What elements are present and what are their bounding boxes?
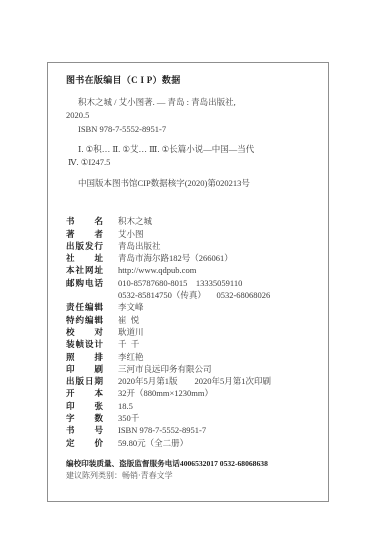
- info-value: 李红艳: [118, 352, 144, 362]
- info-value: 积木之城: [118, 216, 152, 226]
- info-value: 2020年5月第1版 2020年5月第1次印刷: [118, 376, 271, 386]
- info-row: 定价59.80元（全二册）: [66, 437, 320, 449]
- info-value: 59.80元（全二册）: [118, 438, 188, 448]
- info-label: 著者: [66, 228, 103, 240]
- info-row: 照排李红艳: [66, 351, 320, 363]
- copyright-page-frame: 图书在版编目（C I P）数据 积木之城 / 艾小图著. — 青岛 : 青岛出版…: [47, 62, 329, 502]
- cip-class-line2: Ⅳ. ①I247.5: [66, 156, 320, 168]
- info-value: 耿道川: [118, 327, 144, 337]
- info-row: 字数350千: [66, 412, 320, 424]
- info-value: http://www.qdpub.com: [118, 265, 196, 275]
- info-value: 18.5: [118, 401, 133, 411]
- info-label: 印刷: [66, 363, 103, 375]
- info-label: 书号: [66, 424, 103, 436]
- info-value: 010-85787680-8015 13335059110: [118, 278, 242, 288]
- info-row: 责任编辑李文峰: [66, 301, 320, 313]
- info-row: 开本32开（880mm×1230mm）: [66, 387, 320, 399]
- info-value: 0532-85814750（传真） 0532-68068026: [118, 290, 270, 300]
- info-row: 社址青岛市海尔路182号（266061）: [66, 252, 320, 264]
- cip-entry-line2: 2020.5: [66, 109, 320, 122]
- info-value: ISBN 978-7-5552-8951-7: [118, 425, 206, 435]
- info-value: 青岛市海尔路182号（266061）: [118, 253, 233, 263]
- info-row: 印张18.5: [66, 400, 320, 412]
- cip-isbn-line: ISBN 978-7-5552-8951-7: [66, 123, 320, 136]
- info-row: 0532-85814750（传真） 0532-68068026: [66, 289, 320, 301]
- info-label: 开本: [66, 387, 103, 399]
- info-value: 青岛出版社: [118, 241, 161, 251]
- cip-entry: 积木之城 / 艾小图著. — 青岛 : 青岛出版社, 2020.5: [66, 96, 320, 122]
- cip-class-line1: Ⅰ. ①积… Ⅱ. ①艾… Ⅲ. ①长篇小说—中国—当代: [66, 143, 320, 155]
- footer-service-line: 编校印装质量、盗版监督服务电话4006532017 0532-68068638: [66, 458, 320, 470]
- info-label: 照排: [66, 351, 103, 363]
- info-value: 艾小图: [118, 229, 144, 239]
- info-label: 字数: [66, 412, 103, 424]
- info-label: 本社网址: [66, 264, 103, 276]
- info-label: 校对: [66, 326, 103, 338]
- info-label: 装帧设计: [66, 338, 103, 350]
- info-row: 印刷三河市良远印务有限公司: [66, 363, 320, 375]
- info-label: 定价: [66, 437, 103, 449]
- cip-entry-line1: 积木之城 / 艾小图著. — 青岛 : 青岛出版社,: [66, 96, 320, 109]
- info-row: 特约编辑崔 悦: [66, 314, 320, 326]
- info-row: 出版发行青岛出版社: [66, 240, 320, 252]
- info-value: 32开（880mm×1230mm）: [118, 388, 213, 398]
- info-value: 李文峰: [118, 302, 144, 312]
- cip-section: 图书在版编目（C I P）数据 积木之城 / 艾小图著. — 青岛 : 青岛出版…: [66, 74, 320, 189]
- info-row: 书号ISBN 978-7-5552-8951-7: [66, 424, 320, 436]
- info-row: 装帧设计千 千: [66, 338, 320, 350]
- publication-info-list: 书名积木之城著者艾小图出版发行青岛出版社社址青岛市海尔路182号（266061）…: [66, 215, 320, 449]
- info-label: 出版发行: [66, 240, 103, 252]
- info-row: 邮购电话010-85787680-8015 13335059110: [66, 277, 320, 289]
- footer-category-line: 建议陈列类别：畅销·青春文学: [66, 470, 320, 482]
- info-label: 书名: [66, 215, 103, 227]
- info-row: 书名积木之城: [66, 215, 320, 227]
- info-row: 著者艾小图: [66, 228, 320, 240]
- footer-note: 编校印装质量、盗版监督服务电话4006532017 0532-68068638 …: [66, 458, 320, 482]
- info-value: 千 千: [118, 339, 139, 349]
- cip-heading: 图书在版编目（C I P）数据: [66, 74, 320, 86]
- info-label: 社址: [66, 252, 103, 264]
- cip-classification: Ⅰ. ①积… Ⅱ. ①艾… Ⅲ. ①长篇小说—中国—当代 Ⅳ. ①I247.5: [66, 143, 320, 168]
- info-row: 校对耿道川: [66, 326, 320, 338]
- copyright-page-content: 图书在版编目（C I P）数据 积木之城 / 艾小图著. — 青岛 : 青岛出版…: [48, 63, 328, 482]
- info-label: 特约编辑: [66, 314, 103, 326]
- info-label: 邮购电话: [66, 277, 103, 289]
- info-row: 出版日期2020年5月第1版 2020年5月第1次印刷: [66, 375, 320, 387]
- info-value: 崔 悦: [118, 315, 139, 325]
- info-row: 本社网址http://www.qdpub.com: [66, 264, 320, 276]
- info-value: 三河市良远印务有限公司: [118, 364, 212, 374]
- info-label: 责任编辑: [66, 301, 103, 313]
- info-label: 印张: [66, 400, 103, 412]
- info-value: 350千: [118, 413, 139, 423]
- info-label: 出版日期: [66, 375, 103, 387]
- cip-registry-number: 中国版本图书馆CIP数据核字(2020)第020213号: [66, 177, 320, 189]
